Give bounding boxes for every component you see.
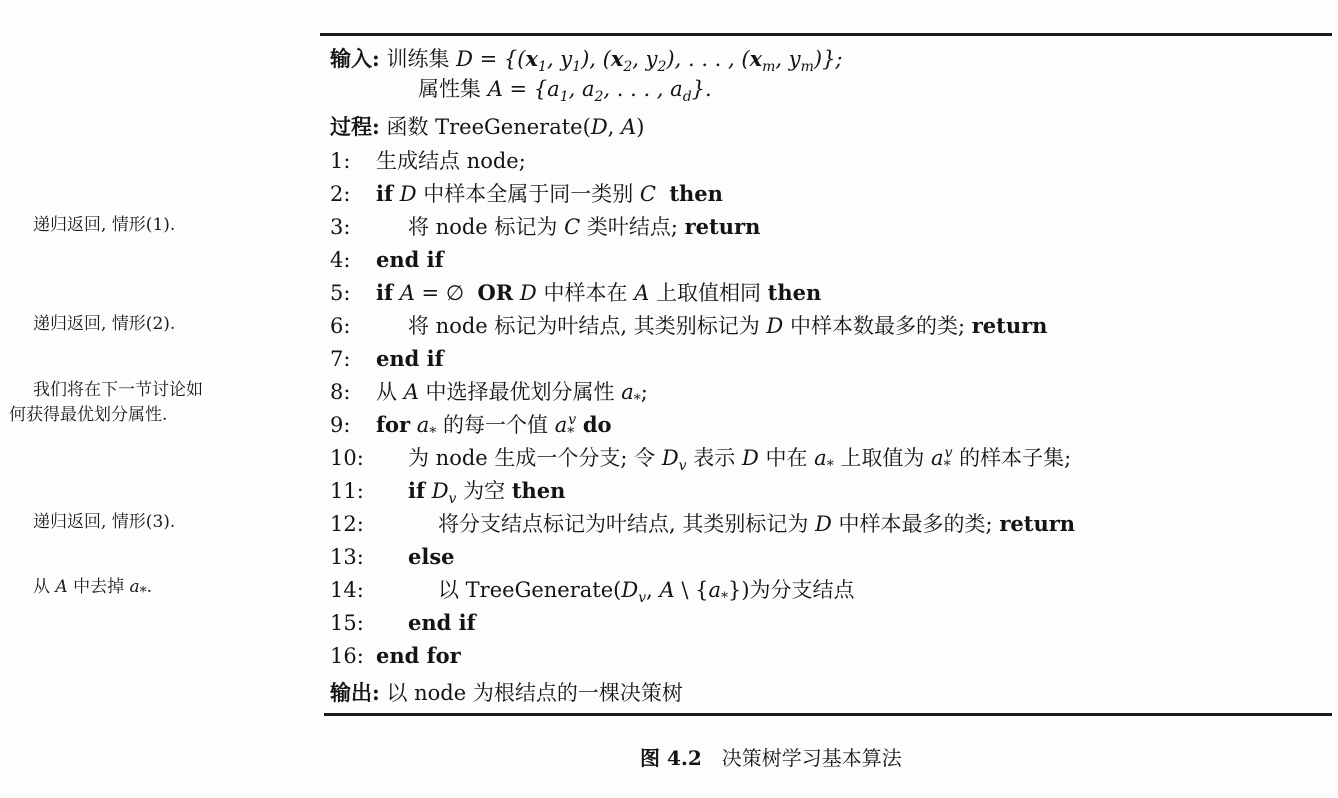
process-text: 函数 TreeGenerate(D, A): [386, 115, 644, 139]
margin-note-next-section-1: 我们将在下一节讨论如: [33, 378, 203, 402]
algo-line-10: 10:为 node 生成一个分支; 令 Dv 表示 D 中在 a* 上取值为 a…: [330, 443, 1071, 473]
input-training-set-math: D = {(x1, y1), (x2, y2), . . . , (xm, ym…: [456, 47, 842, 71]
process-label: 过程:: [330, 114, 380, 139]
margin-note-next-section-2: 何获得最优划分属性.: [9, 403, 167, 427]
algo-line-13: 13:else: [330, 542, 455, 572]
input-attribute-set-label: 属性集: [418, 77, 481, 101]
figure-title: 决策树学习基本算法: [722, 746, 902, 770]
input-training-set-label: 训练集: [386, 47, 449, 71]
algo-line-4: 4:end if: [330, 245, 444, 275]
output-label: 输出:: [330, 680, 380, 705]
input-label: 输入:: [330, 46, 380, 71]
figure-caption: 图 4.2决策树学习基本算法: [640, 742, 902, 771]
margin-note-case-1: 递归返回, 情形(1).: [33, 213, 175, 237]
figure-number: 图 4.2: [640, 746, 702, 770]
algo-line-1: 1:生成结点 node;: [330, 146, 526, 176]
process-line: 过程: 函数 TreeGenerate(D, A): [330, 112, 644, 142]
input-line-2: 属性集 A = {a1, a2, . . . , ad}.: [418, 74, 712, 104]
algo-line-3: 3:将 node 标记为 C 类叶结点; return: [330, 212, 760, 242]
algo-line-11: 11:if Dv 为空 then: [330, 476, 565, 506]
margin-note-remove-attr: 从 A 中去掉 a*.: [33, 575, 152, 599]
algo-line-8: 8:从 A 中选择最优划分属性 a*;: [330, 377, 648, 407]
algo-line-16: 16:end for: [330, 641, 461, 671]
output-line: 输出: 以 node 为根结点的一棵决策树: [330, 678, 683, 708]
algo-line-7: 7:end if: [330, 344, 444, 374]
algo-line-14: 14:以 TreeGenerate(Dv, A \ {a*})为分支结点: [330, 575, 855, 605]
algo-line-6: 6:将 node 标记为叶结点, 其类别标记为 D 中样本数最多的类; retu…: [330, 311, 1047, 341]
algo-line-9: 9:for a* 的每一个值 a*v do: [330, 410, 612, 440]
bottom-rule: [324, 713, 1332, 716]
input-attribute-set-math: A = {a1, a2, . . . , ad}.: [488, 77, 712, 101]
algo-line-12: 12:将分支结点标记为叶结点, 其类别标记为 D 中样本最多的类; return: [330, 509, 1075, 539]
output-text: 以 node 为根结点的一棵决策树: [386, 681, 682, 705]
top-rule: [320, 33, 1332, 36]
margin-note-case-3: 递归返回, 情形(3).: [33, 510, 175, 534]
algo-line-2: 2:if D 中样本全属于同一类别 C then: [330, 179, 723, 209]
margin-note-case-2: 递归返回, 情形(2).: [33, 312, 175, 336]
input-line-1: 输入: 训练集 D = {(x1, y1), (x2, y2), . . . ,…: [330, 44, 843, 74]
algo-line-15: 15:end if: [330, 608, 476, 638]
algo-line-5: 5:if A = ∅ OR D 中样本在 A 上取值相同 then: [330, 278, 821, 308]
